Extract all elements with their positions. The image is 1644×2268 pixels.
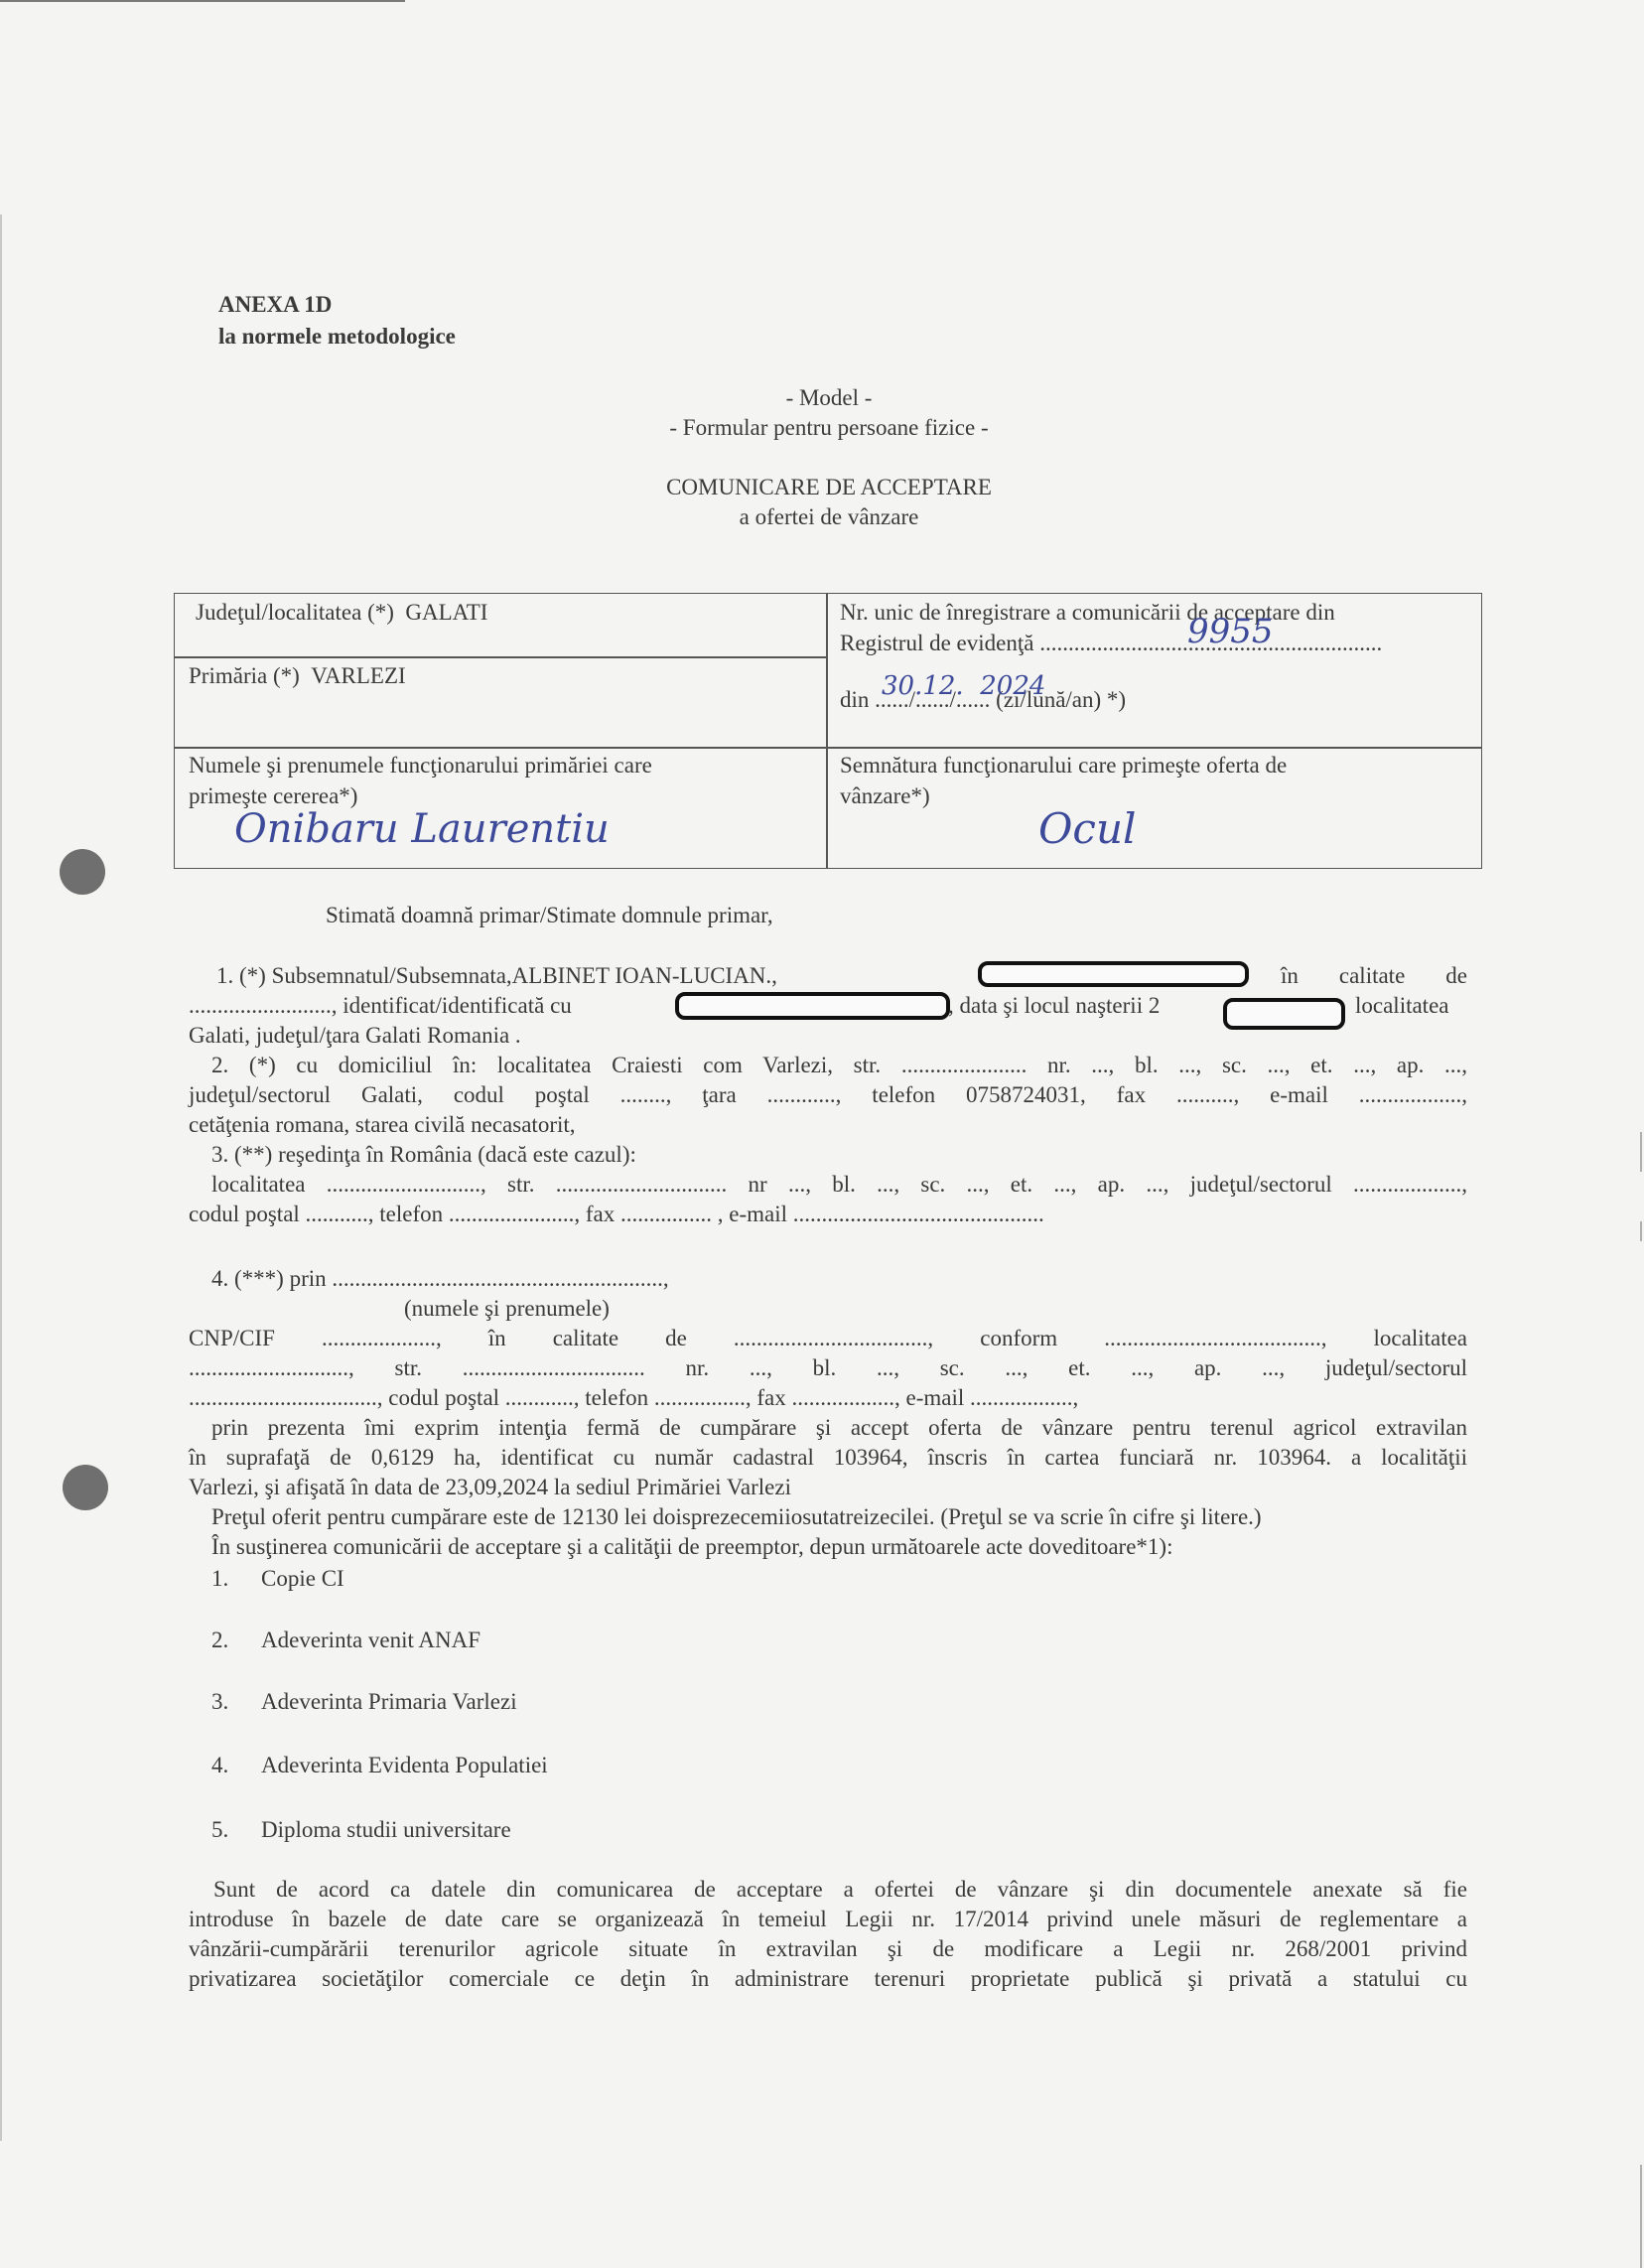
domicile-contact-line: judeţul/sectorul Galati, codul poştal ..… [189,1080,1467,1110]
form-type: - Formular pentru persoane fizice - [596,413,1062,443]
birth-date-label: , data şi locul naşterii 2 [948,991,1160,1021]
representative-contact-line: ................................., codul… [189,1383,1078,1413]
table-divider [175,656,826,658]
consent-paragraph-line: introduse în bazele de date care se orga… [189,1905,1467,1934]
document-list-item: 4.Adeverinta Evidenta Populatiei [211,1751,548,1780]
signature-label: Semnătura funcţionarului care primeşte o… [840,750,1287,811]
supporting-documents-intro: În susţinerea comunicării de acceptare ş… [211,1532,1172,1562]
clerk-signature: Ocul [1038,804,1136,853]
applicant-capacity: în calitate de [1281,961,1467,991]
model-label: - Model - [596,383,1062,413]
townhall-field: Primăria (*) VARLEZI [189,660,406,691]
applicant-line: 1. (*) Subsemnatul/Subsemnata,ALBINET IO… [216,961,777,991]
registration-table: Judeţul/localitatea (*) GALATI Primăria … [174,593,1482,869]
county-value: GALATI [405,600,487,625]
birth-place: Galati, judeţul/ţara Galati Romania . [189,1021,521,1051]
registration-date-handwritten: 30.12. 2024 [882,671,1045,701]
clerk-name-handwritten: Onibaru Laurentiu [234,806,610,852]
table-divider [826,594,828,868]
consent-paragraph-line: privatizarea societăţilor comerciale ce … [189,1964,1467,1994]
punch-hole [60,849,105,895]
table-divider [175,747,1481,749]
county-field: Judeţul/localitatea (*) GALATI [196,597,487,628]
residence-address-line: localitatea ...........................,… [211,1170,1467,1200]
greeting: Stimată doamnă primar/Stimate domnule pr… [326,901,773,930]
townhall-value: VARLEZI [311,663,405,688]
representative-name-caption: (numele şi prenumele) [404,1294,610,1324]
scan-edge-line [0,0,405,2]
consent-paragraph-line: Sunt de acord ca datele din comunicarea … [189,1875,1467,1905]
document-subtitle: a ofertei de vânzare [576,502,1082,532]
redacted-id-document [675,992,950,1020]
domicile-line: 2. (*) cu domiciliul în: localitatea Cra… [189,1051,1467,1080]
offered-price: Preţul oferit pentru cumpărare este de 1… [211,1502,1262,1532]
redacted-cnp [978,961,1249,987]
document-list-item: 3.Adeverinta Primaria Varlezi [211,1687,517,1717]
id-document-line: ........................., identificat/i… [189,991,572,1021]
intent-statement: prin prezenta îmi exprim intenţia fermă … [189,1413,1467,1443]
birth-locality-label: localitatea [1355,991,1449,1021]
registration-number-label: Nr. unic de înregistrare a comunicării d… [840,597,1382,658]
scan-right-edge-mark [1640,1221,1642,1241]
annex-subtitle: la normele metodologice [218,322,456,352]
document-list-item: 2.Adeverinta venit ANAF [211,1626,480,1655]
representative-cnp-line: CNP/CIF ...................., în calitat… [189,1324,1467,1353]
representative-address-line: ............................, str. .....… [189,1353,1467,1383]
scan-right-edge-mark [1640,2165,1642,2268]
document-list-item: 1.Copie CI [211,1564,344,1594]
punch-hole [63,1465,108,1510]
representative-line: 4. (***) prin ..........................… [211,1264,669,1294]
consent-paragraph-line: vânzării-cumpărării terenurilor agricole… [189,1934,1467,1964]
land-details: în suprafaţă de 0,6129 ha, identificat c… [189,1443,1467,1473]
residence-contact-line: codul poştal ..........., telefon ......… [189,1200,1044,1229]
registration-number-handwritten: 9955 [1187,612,1274,651]
document-title: COMUNICARE DE ACCEPTARE [576,473,1082,502]
redacted-birth-date [1223,998,1345,1030]
residence-heading: 3. (**) reşedinţa în România (dacă este … [211,1140,636,1170]
clerk-name-label: Numele şi prenumele funcţionarului primă… [189,750,652,811]
annex-title: ANEXA 1D [218,290,332,320]
citizenship-line: cetăţenia romana, starea civilă necasato… [189,1110,576,1140]
scan-left-edge [0,214,2,2141]
scan-right-edge-mark [1640,1132,1642,1172]
document-list-item: 5.Diploma studii universitare [211,1815,511,1845]
land-posting-details: Varlezi, şi afişată în data de 23,09,202… [189,1473,791,1502]
